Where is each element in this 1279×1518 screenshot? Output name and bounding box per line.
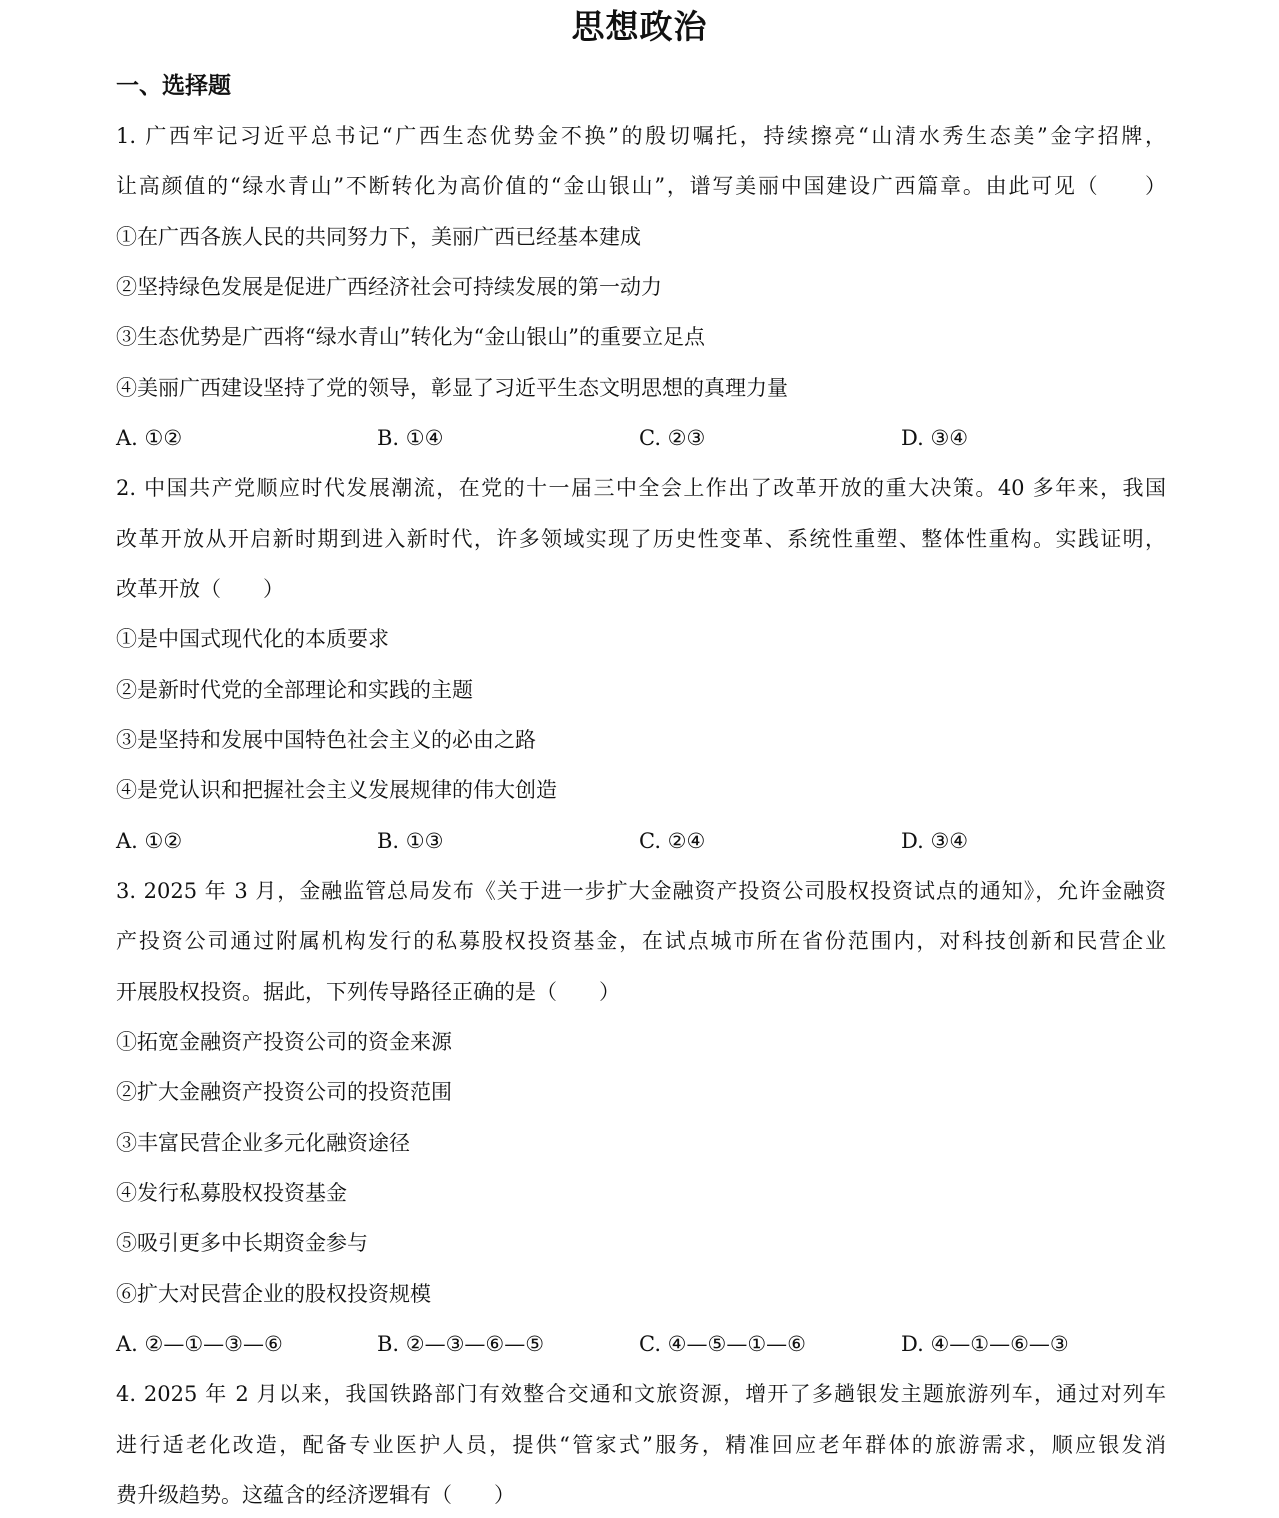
option-b: B. ①④ (377, 423, 443, 453)
question-stem-line: 4. 2025 年 2 月以来，我国铁路部门有效整合交通和文旅资源，增开了多趟银… (116, 1379, 1166, 1409)
question-stem-line: 改革开放（ ） (116, 574, 1166, 604)
option-d: D. ③④ (901, 826, 968, 856)
question-stem-line: 2. 中国共产党顺应时代发展潮流，在党的十一届三中全会上作出了改革开放的重大决策… (116, 473, 1166, 503)
statement-item: ②是新时代党的全部理论和实践的主题 (116, 675, 1166, 705)
option-a: A. ①② (116, 423, 182, 453)
option-c: C. ④—⑤—①—⑥ (639, 1329, 806, 1359)
question-stem-line: 产投资公司通过附属机构发行的私募股权投资基金，在试点城市所在省份范围内，对科技创… (116, 926, 1166, 956)
question-stem-line: 1. 广西牢记习近平总书记“广西生态优势金不换”的殷切嘱托，持续擦亮“山清水秀生… (116, 121, 1166, 151)
statement-item: ①在广西各族人民的共同努力下，美丽广西已经基本建成 (116, 222, 1166, 252)
statement-item: ⑤吸引更多中长期资金参与 (116, 1228, 1166, 1258)
statement-item: ②扩大金融资产投资公司的投资范围 (116, 1077, 1166, 1107)
statement-item: ⑥扩大对民营企业的股权投资规模 (116, 1279, 1166, 1309)
statement-item: ①是中国式现代化的本质要求 (116, 624, 1166, 654)
answer-options: A. ①② B. ①③ C. ②④ D. ③④ (116, 826, 1176, 856)
option-a: A. ①② (116, 826, 182, 856)
option-b: B. ①③ (377, 826, 443, 856)
document-title: 思想政治 (0, 4, 1279, 50)
statement-item: ③丰富民营企业多元化融资途径 (116, 1128, 1166, 1158)
option-a: A. ②—①—③—⑥ (116, 1329, 283, 1359)
question-stem-line: 3. 2025 年 3 月，金融监管总局发布《关于进一步扩大金融资产投资公司股权… (116, 876, 1166, 906)
answer-options: A. ①② B. ①④ C. ②③ D. ③④ (116, 423, 1176, 453)
statement-item: ③生态优势是广西将“绿水青山”转化为“金山银山”的重要立足点 (116, 322, 1166, 352)
option-b: B. ②—③—⑥—⑤ (377, 1329, 544, 1359)
exam-page: 思想政治 一、选择题 1. 广西牢记习近平总书记“广西生态优势金不换”的殷切嘱托… (0, 0, 1279, 1518)
option-c: C. ②③ (639, 423, 705, 453)
question-stem-line: 开展股权投资。据此，下列传导路径正确的是（ ） (116, 977, 1166, 1007)
question-stem-line: 改革开放从开启新时期到进入新时代，许多领域实现了历史性变革、系统性重塑、整体性重… (116, 524, 1166, 554)
option-d: D. ③④ (901, 423, 968, 453)
section-heading: 一、选择题 (116, 68, 231, 104)
statement-item: ①拓宽金融资产投资公司的资金来源 (116, 1027, 1166, 1057)
option-c: C. ②④ (639, 826, 705, 856)
statement-item: ③是坚持和发展中国特色社会主义的必由之路 (116, 725, 1166, 755)
question-stem-line: 费升级趋势。这蕴含的经济逻辑有（ ） (116, 1480, 1166, 1510)
answer-options: A. ②—①—③—⑥ B. ②—③—⑥—⑤ C. ④—⑤—①—⑥ D. ④—①—… (116, 1329, 1176, 1359)
statement-item: ④是党认识和把握社会主义发展规律的伟大创造 (116, 775, 1166, 805)
statement-item: ④美丽广西建设坚持了党的领导，彰显了习近平生态文明思想的真理力量 (116, 373, 1166, 403)
question-stem-line: 让高颜值的“绿水青山”不断转化为高价值的“金山银山”，谱写美丽中国建设广西篇章。… (116, 171, 1166, 201)
option-d: D. ④—①—⑥—③ (901, 1329, 1069, 1359)
question-stem-line: 进行适老化改造，配备专业医护人员，提供“管家式”服务，精准回应老年群体的旅游需求… (116, 1430, 1166, 1460)
statement-item: ④发行私募股权投资基金 (116, 1178, 1166, 1208)
statement-item: ②坚持绿色发展是促进广西经济社会可持续发展的第一动力 (116, 272, 1166, 302)
